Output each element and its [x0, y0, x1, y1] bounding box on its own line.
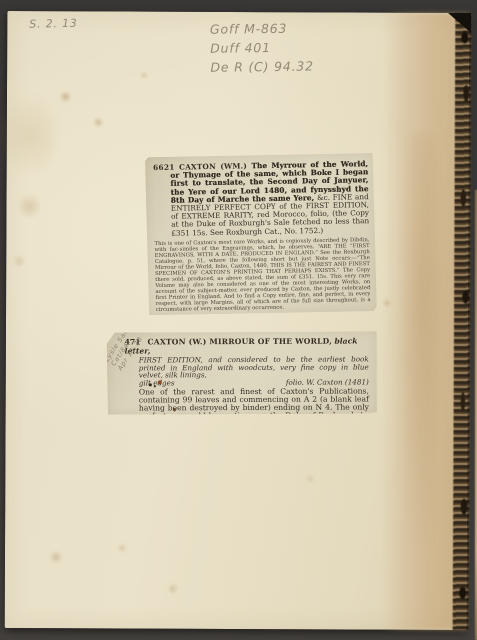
- foxing-spot: [18, 191, 40, 221]
- clipping2-imprint: folio. W. Caxton (1481): [286, 378, 369, 386]
- foxing-spot: [59, 91, 72, 102]
- foxing-spot: [49, 551, 63, 563]
- foxing-spot: [93, 117, 104, 127]
- clipping2-body: One of the rarest and finest of Caxton's…: [139, 387, 369, 438]
- clipping1-entry: 6621 CAXTON (WM.) The Myrrour of the Wor…: [153, 160, 369, 238]
- bibliographic-refs-annotation: Goff M-863 Duff 401 De R (C) 94.32: [210, 18, 314, 76]
- clipping1-note: This is one of Caxton's most rare Works,…: [154, 237, 370, 313]
- foxing-spot: [117, 543, 127, 552]
- rust-blot: [158, 380, 162, 384]
- ref-der: De R (C) 94.32: [210, 56, 314, 76]
- gutter-stain-blotch: [397, 133, 445, 553]
- ink-dot: [149, 383, 152, 386]
- ink-dot: [173, 408, 176, 411]
- shelfmark-annotation: S. 2. 13: [29, 17, 78, 31]
- clipping2-subhead: FIRST EDITION, and considered to be the …: [139, 356, 369, 380]
- catalogue-clipping-2: Lysle Sale Cat/84 Apr 11.78 471CAXTON (W…: [107, 331, 377, 414]
- album-page: S. 2. 13 Goff M-863 Duff 401 De R (C) 94…: [5, 11, 470, 630]
- ref-goff: Goff M-863: [210, 18, 314, 38]
- ink-dot: [154, 385, 156, 387]
- clipping2-gilt-edges: gilt edges: [139, 379, 175, 387]
- catalogue-clipping-1: 6621 CAXTON (WM.) The Myrrour of the Wor…: [145, 153, 377, 315]
- foxing-spot: [140, 72, 148, 79]
- foxing-spot: [167, 584, 179, 594]
- foxing-spot: [305, 474, 315, 483]
- foxing-spot: [382, 299, 392, 308]
- corner-stain: [5, 81, 55, 191]
- foxing-spot: [12, 255, 26, 267]
- ref-duff: Duff 401: [210, 37, 314, 57]
- scanned-page-photo: S. 2. 13 Goff M-863 Duff 401 De R (C) 94…: [0, 0, 477, 640]
- clipping2-heading-line: 471CAXTON (W.) MIRROUR OF THE WORLD, bla…: [125, 337, 369, 355]
- torn-gutter-edge: [453, 13, 472, 630]
- clipping2-title: CAXTON (W.) MIRROUR OF THE WORLD,: [147, 337, 332, 347]
